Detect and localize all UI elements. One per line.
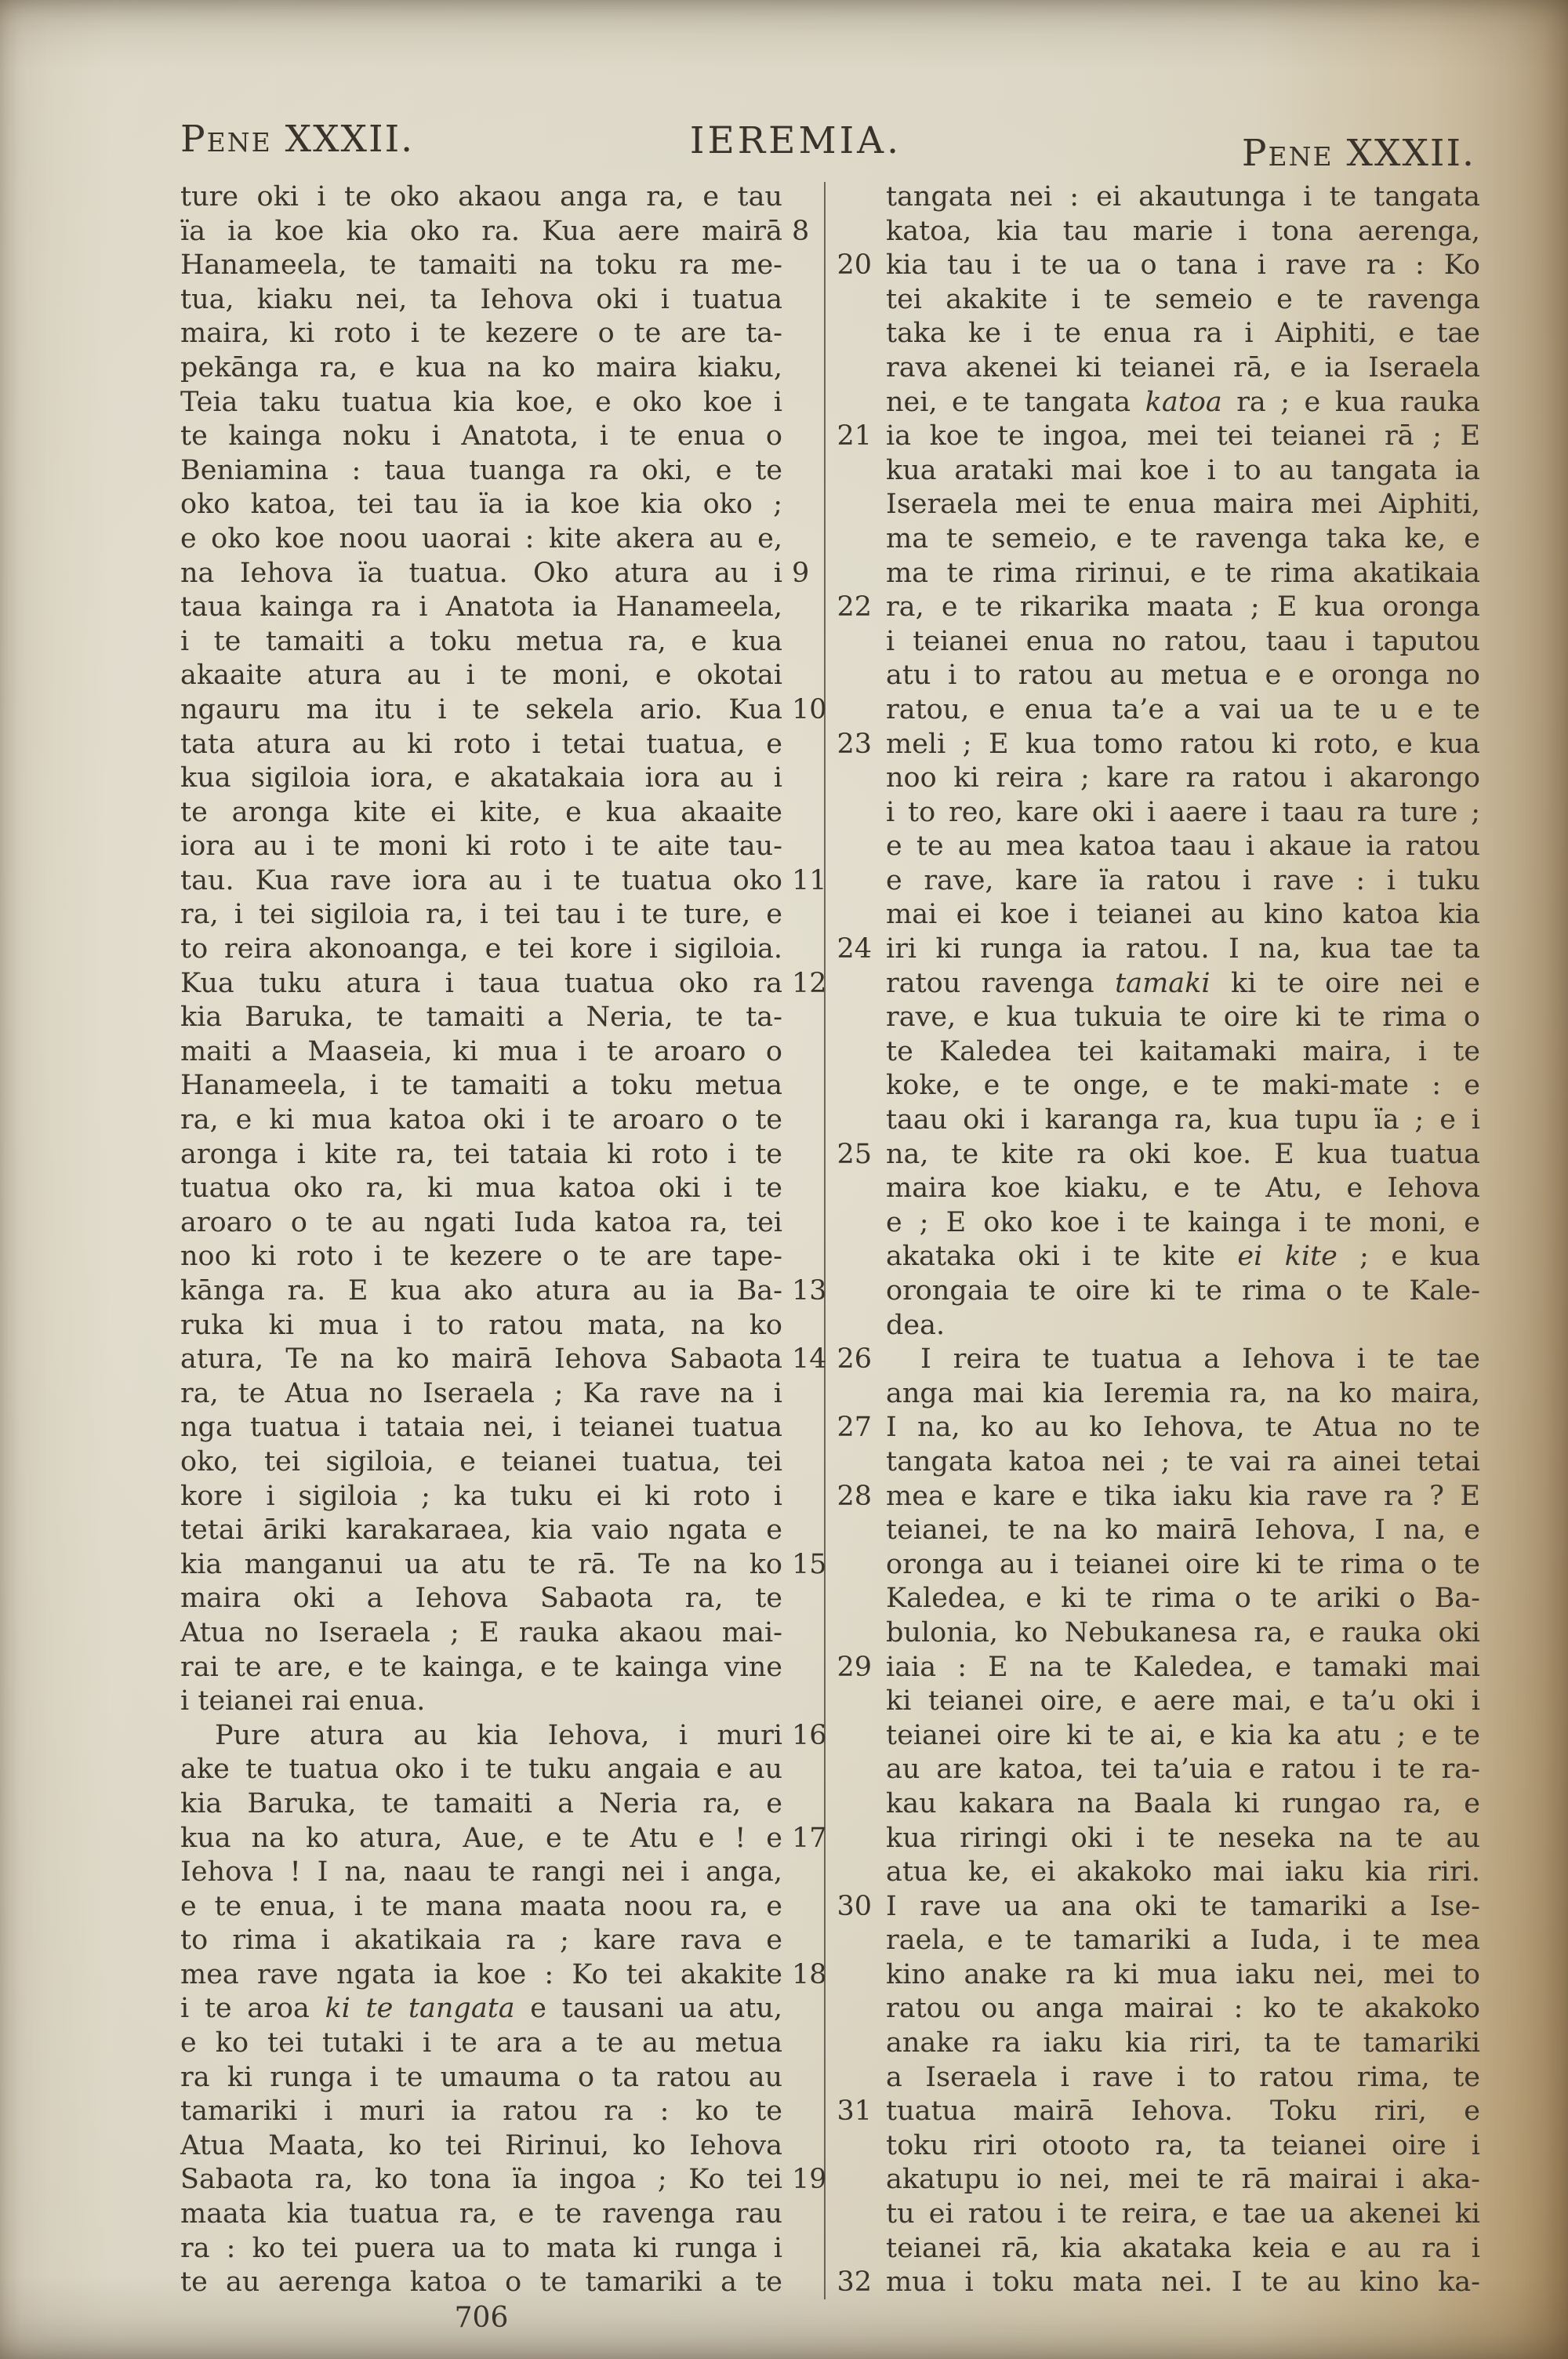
verse-number: 28 xyxy=(837,1480,872,1514)
line-text: kau kakara na Baala ki rungao ra, e xyxy=(886,1788,1480,1819)
text-line: Hanameela, te tamaiti na toku ra me- xyxy=(180,249,782,283)
line-text: ra, te Atua no Iseraela ; Ka rave na i xyxy=(180,1378,782,1409)
line-text: ia koe te ingoa, mei tei teianei rā ; E xyxy=(886,420,1480,452)
text-line: iora au i te moni ki roto i te aite tau- xyxy=(180,830,782,864)
text-line: pekānga ra, e kua na ko maira kiaku, xyxy=(180,351,782,386)
book-page: Pene XXXII. IEREMIA. Pene XXXII. ture ok… xyxy=(0,0,1568,2359)
line-text: tua, kiaku nei, ta Iehova oki i tuatua xyxy=(180,284,782,315)
line-text: maira, ki roto i te kezere o te are ta- xyxy=(180,318,782,349)
text-line: maata kia tuatua ra, e te ravenga rau xyxy=(180,2197,782,2232)
line-text: Iseraela mei te enua maira mei Aiphiti, xyxy=(886,489,1480,520)
line-text: to reira akonoanga, e tei kore i sigiloi… xyxy=(180,933,782,965)
line-text: taka ke i te enua ra i Aiphiti, e tae xyxy=(886,318,1480,349)
text-line: 28mea e kare e tika iaku kia rave ra ? E xyxy=(886,1480,1480,1514)
line-text: Hanameela, i te tamaiti a toku metua xyxy=(180,1070,782,1101)
text-line: aroaro o te au ngati Iuda katoa ra, tei xyxy=(180,1206,782,1241)
text-line: te aronga kite ei kite, e kua akaaite xyxy=(180,796,782,831)
line-text: iri ki runga ia ratou. I na, kua tae ta xyxy=(886,933,1480,965)
line-text: atu i to ratou au metua e e oronga no xyxy=(886,660,1480,691)
text-line: to rima i akatikaia ra ; kare rava e xyxy=(180,1924,782,1958)
line-text: i teianei rai enua. xyxy=(180,1685,425,1717)
text-line: 16Pure atura au kia Iehova, i muri xyxy=(180,1719,782,1754)
line-text: tei akakite i te semeio e te ravenga xyxy=(886,284,1480,315)
text-line: Iseraela mei te enua maira mei Aiphiti, xyxy=(886,488,1480,522)
line-text: ra, i tei sigiloia ra, i tei tau i te tu… xyxy=(180,899,782,930)
line-text: taua kainga ra i Anatota ia Hanameela, xyxy=(180,591,782,623)
text-line: tetai āriki karakaraea, kia vaio ngata e xyxy=(180,1514,782,1548)
text-line: ake te tuatua oko i te tuku angaia e au xyxy=(180,1753,782,1787)
line-text: I rave ua ana oki te tamariki a Ise- xyxy=(886,1891,1480,1922)
text-line: Beniamina : taua tuanga ra oki, e te xyxy=(180,454,782,489)
line-text: orongaia te oire ki te rima o te Kale- xyxy=(886,1275,1480,1307)
line-text: pekānga ra, e kua na ko maira kiaku, xyxy=(180,352,782,383)
line-text: anga mai kia Ieremia ra, na ko maira, xyxy=(886,1378,1480,1409)
text-line: 18mea rave ngata ia koe : Ko tei akakite xyxy=(180,1958,782,1993)
verse-number: 23 xyxy=(837,728,872,762)
text-line: atua ke, ei akakoko mai iaku kia riri. xyxy=(886,1856,1480,1890)
text-line: e ko tei tutaki i te ara a te au metua xyxy=(180,2026,782,2061)
line-text: te Kaledea tei kaitamaki maira, i te xyxy=(886,1036,1480,1067)
line-text: maiti a Maaseia, ki mua i te aroaro o xyxy=(180,1036,782,1067)
line-text: ture oki i te oko akaou anga ra, e tau xyxy=(180,181,782,213)
text-line: 29iaia : E na te Kaledea, e tamaki mai xyxy=(886,1651,1480,1685)
line-text: e te au mea katoa taau i akaue ia ratou xyxy=(886,831,1480,862)
verse-number: 16 xyxy=(792,1719,827,1754)
line-text: e rave, kare ïa ratou i rave : i tuku xyxy=(886,865,1480,896)
text-line: i teianei enua no ratou, taau i taputou xyxy=(886,625,1480,660)
verse-number: 15 xyxy=(792,1548,827,1583)
line-text: teianei rā, kia akataka keia e au ra i xyxy=(886,2233,1480,2264)
text-line: oko, tei sigiloia, e teianei tuatua, tei xyxy=(180,1445,782,1480)
text-line: Kaledea, e ki te rima o te ariki o Ba- xyxy=(886,1582,1480,1616)
line-text: te aronga kite ei kite, e kua akaaite xyxy=(180,797,782,828)
line-text: nei, e te tangata katoa ra ; e kua rauka xyxy=(886,387,1480,418)
line-text: I reira te tuatua a Iehova i te tae xyxy=(886,1343,1480,1375)
running-head-chapter-left: Pene XXXII. xyxy=(180,118,414,161)
text-line: i teianei rai enua. xyxy=(180,1685,782,1719)
line-text: Kua tuku atura i taua tuatua oko ra xyxy=(180,968,782,999)
text-line: ma te semeio, e te ravenga taka ke, e xyxy=(886,522,1480,557)
text-line: 27I na, ko au ko Iehova, te Atua no te xyxy=(886,1411,1480,1445)
text-line: tuatua oko ra, ki mua katoa oki i te xyxy=(180,1172,782,1206)
line-text: Sabaota ra, ko tona ïa ingoa ; Ko tei xyxy=(180,2164,782,2195)
line-text: kua riringi oki i te neseka na te au xyxy=(886,1823,1480,1854)
text-line: te kainga noku i Anatota, i te enua o xyxy=(180,420,782,454)
line-text: I na, ko au ko Iehova, te Atua no te xyxy=(886,1412,1480,1443)
line-text: ngauru ma itu i te sekela ario. Kua xyxy=(180,694,782,725)
line-text: ratou, e enua ta’e a vai ua te u e te xyxy=(886,694,1480,725)
line-text: katoa, kia tau marie i tona aerenga, xyxy=(886,216,1480,247)
text-line: Atua no Iseraela ; E rauka akaou mai- xyxy=(180,1616,782,1651)
line-text: ra, e ki mua katoa oki i te aroaro o te xyxy=(180,1104,782,1136)
line-text: kua na ko atura, Aue, e te Atu e ! e xyxy=(180,1823,782,1854)
text-line: ratou, e enua ta’e a vai ua te u e te xyxy=(886,693,1480,728)
line-text: noo ki reira ; kare ra ratou i akarongo xyxy=(886,762,1480,794)
text-line: e ; E oko koe i te kainga i te moni, e xyxy=(886,1206,1480,1241)
text-line: taua kainga ra i Anatota ia Hanameela, xyxy=(180,591,782,625)
text-line: mai ei koe i teianei au kino katoa kia xyxy=(886,898,1480,932)
text-line: anake ra iaku kia riri, ta te tamariki xyxy=(886,2026,1480,2061)
text-line: Iehova ! I na, naau te rangi nei i anga, xyxy=(180,1856,782,1890)
line-text: ra, e te rikarika maata ; E kua oronga xyxy=(886,591,1480,623)
text-line: i te aroa ki te tangata e tausani ua atu… xyxy=(180,1992,782,2026)
running-head-chapter-right: Pene XXXII. xyxy=(1242,132,1475,175)
line-text: ki teianei oire, e aere mai, e ta’u oki … xyxy=(886,1685,1480,1717)
line-text: maira oki a Iehova Sabaota ra, te xyxy=(180,1583,782,1614)
line-text: ma te semeio, e te ravenga taka ke, e xyxy=(886,523,1480,554)
line-text: mea rave ngata ia koe : Ko tei akakite xyxy=(180,1959,782,1990)
text-line: noo ki roto i te kezere o te are tape- xyxy=(180,1240,782,1274)
line-text: bulonia, ko Nebukanesa ra, e rauka oki xyxy=(886,1617,1480,1648)
line-text: i te tamaiti a toku metua ra, e kua xyxy=(180,626,782,657)
text-line: 12Kua tuku atura i taua tuatua oko ra xyxy=(180,967,782,1001)
verse-number: 9 xyxy=(792,557,809,591)
line-text: kia tau i te ua o tana i rave ra : Ko xyxy=(886,249,1480,281)
text-line: te Kaledea tei kaitamaki maira, i te xyxy=(886,1035,1480,1070)
text-line: kore i sigiloia ; ka tuku ei ki roto i xyxy=(180,1480,782,1514)
text-line: teianei rā, kia akataka keia e au ra i xyxy=(886,2232,1480,2266)
text-line: raela, e te tamariki a Iuda, i te mea xyxy=(886,1924,1480,1958)
line-text: e ko tei tutaki i te ara a te au metua xyxy=(180,2027,782,2059)
text-line: noo ki reira ; kare ra ratou i akarongo xyxy=(886,761,1480,796)
text-line: 23meli ; E kua tomo ratou ki roto, e kua xyxy=(886,728,1480,762)
line-text: oko, tei sigiloia, e teianei tuatua, tei xyxy=(180,1446,782,1478)
line-text: maira koe kiaku, e te Atu, e Iehova xyxy=(886,1172,1480,1204)
line-text: tau. Kua rave iora au i te tuatua oko xyxy=(180,865,782,896)
line-text: maata kia tuatua ra, e te ravenga rau xyxy=(180,2198,782,2230)
text-line: ma te rima ririnui, e te rima akatikaia xyxy=(886,557,1480,591)
text-line: aronga i kite ra, tei tataia ki roto i t… xyxy=(180,1138,782,1172)
text-column-right: tangata nei : ei akautunga i te tangatak… xyxy=(886,180,1480,2300)
text-line: 15kia manganui ua atu te rā. Te na ko xyxy=(180,1548,782,1583)
text-line: 31tuatua mairā Iehova. Toku riri, e xyxy=(886,2095,1480,2129)
line-text: Teia taku tuatua kia koe, e oko koe i xyxy=(180,387,782,418)
verse-number: 27 xyxy=(837,1411,872,1445)
line-text: e ; E oko koe i te kainga i te moni, e xyxy=(886,1207,1480,1238)
verse-number: 30 xyxy=(837,1890,872,1925)
line-text: anake ra iaku kia riri, ta te tamariki xyxy=(886,2027,1480,2059)
verse-number: 12 xyxy=(792,967,827,1001)
line-text: rava akenei ki teianei rā, e ia Iseraela xyxy=(886,352,1480,383)
line-text: ruka ki mua i to ratou mata, na ko xyxy=(180,1310,782,1341)
line-text: noo ki roto i te kezere o te are tape- xyxy=(180,1241,782,1272)
text-line: ture oki i te oko akaou anga ra, e tau xyxy=(180,180,782,215)
text-line: 25na, te kite ra oki koe. E kua tuatua xyxy=(886,1138,1480,1172)
text-line: Hanameela, i te tamaiti a toku metua xyxy=(180,1069,782,1103)
text-line: 21ia koe te ingoa, mei tei teianei rā ; … xyxy=(886,420,1480,454)
verse-number: 17 xyxy=(792,1822,827,1856)
line-text: kua arataki mai koe i to au tangata ia xyxy=(886,455,1480,486)
text-line: maiti a Maaseia, ki mua i te aroaro o xyxy=(180,1035,782,1070)
verse-number: 20 xyxy=(837,249,872,283)
text-line: atu i to ratou au metua e e oronga no xyxy=(886,659,1480,693)
line-text: Iehova ! I na, naau te rangi nei i anga, xyxy=(180,1856,782,1888)
line-text: ratou ou anga mairai : ko te akakoko xyxy=(886,1993,1480,2024)
text-line: taau oki i karanga ra, kua tupu ïa ; e i xyxy=(886,1103,1480,1138)
line-text: rave, e kua tukuia te oire ki te rima o xyxy=(886,1001,1480,1033)
text-line: 10ngauru ma itu i te sekela ario. Kua xyxy=(180,693,782,728)
line-text: tetai āriki karakaraea, kia vaio ngata e xyxy=(180,1514,782,1546)
line-text: nga tuatua i tataia nei, i teianei tuatu… xyxy=(180,1412,782,1443)
text-line: oko katoa, tei tau ïa ia koe kia oko ; xyxy=(180,488,782,522)
line-text: tuatua oko ra, ki mua katoa oki i te xyxy=(180,1172,782,1204)
line-text: koke, e te onge, e te maki-mate : e xyxy=(886,1070,1480,1101)
text-line: kino anake ra ki mua iaku nei, mei to xyxy=(886,1958,1480,1993)
text-line: i to reo, kare oki i aaere i taau ra tur… xyxy=(886,796,1480,831)
line-text: atura, Te na ko mairā Iehova Sabaota xyxy=(180,1343,782,1375)
line-text: toku riri otooto ra, ta teianei oire i xyxy=(886,2130,1480,2161)
text-line: 11tau. Kua rave iora au i te tuatua oko xyxy=(180,864,782,899)
text-line: e te enua, i te mana maata noou ra, e xyxy=(180,1890,782,1925)
text-line: 26I reira te tuatua a Iehova i te tae xyxy=(886,1343,1480,1377)
line-text: akaaite atura au i te moni, e okotai xyxy=(180,660,782,691)
text-line: ra, e ki mua katoa oki i te aroaro o te xyxy=(180,1103,782,1138)
text-line: katoa, kia tau marie i tona aerenga, xyxy=(886,215,1480,249)
line-text: akatupu io nei, mei te rā mairai i aka- xyxy=(886,2164,1480,2195)
text-line: ratou ravenga tamaki ki te oire nei e xyxy=(886,967,1480,1001)
text-line: 32mua i toku mata nei. I te au kino ka- xyxy=(886,2266,1480,2300)
text-line: Teia taku tuatua kia koe, e oko koe i xyxy=(180,386,782,420)
line-text: tamariki i muri ia ratou ra : ko te xyxy=(180,2095,782,2127)
line-text: te au aerenga katoa o te tamariki a te xyxy=(180,2266,782,2298)
line-text: teianei oire ki te ai, e kia ka atu ; e … xyxy=(886,1720,1480,1751)
text-line: tata atura au ki roto i tetai tuatua, e xyxy=(180,728,782,762)
text-line: tamariki i muri ia ratou ra : ko te xyxy=(180,2095,782,2129)
verse-number: 19 xyxy=(792,2163,827,2197)
line-text: ra ki runga i te umauma o ta ratou au xyxy=(180,2062,782,2093)
line-text: tata atura au ki roto i tetai tuatua, e xyxy=(180,729,782,760)
text-line: e oko koe noou uaorai : kite akera au e, xyxy=(180,522,782,557)
text-line: kau kakara na Baala ki rungao ra, e xyxy=(886,1787,1480,1822)
line-text: rai te are, e te kainga, e te kainga vin… xyxy=(180,1652,782,1683)
text-line: ra ki runga i te umauma o ta ratou au xyxy=(180,2061,782,2095)
page-number: 706 xyxy=(180,2301,782,2335)
text-line: tei akakite i te semeio e te ravenga xyxy=(886,283,1480,318)
text-line: Atua Maata, ko tei Ririnui, ko Iehova xyxy=(180,2129,782,2164)
text-line: ra, te Atua no Iseraela ; Ka rave na i xyxy=(180,1377,782,1412)
verse-number: 24 xyxy=(837,932,872,967)
text-line: te au aerenga katoa o te tamariki a te xyxy=(180,2266,782,2300)
text-line: tangata katoa nei ; te vai ra ainei teta… xyxy=(886,1445,1480,1480)
line-text: mua i toku mata nei. I te au kino ka- xyxy=(886,2266,1480,2298)
verse-number: 8 xyxy=(792,215,809,249)
text-line: kia Baruka, te tamaiti a Neria, te ta- xyxy=(180,1001,782,1035)
text-line: 20kia tau i te ua o tana i rave ra : Ko xyxy=(886,249,1480,283)
line-text: aroaro o te au ngati Iuda katoa ra, tei xyxy=(180,1207,782,1238)
line-text: na, te kite ra oki koe. E kua tuatua xyxy=(886,1139,1480,1170)
text-line: rai te are, e te kainga, e te kainga vin… xyxy=(180,1651,782,1685)
text-line: tangata nei : ei akautunga i te tangata xyxy=(886,180,1480,215)
line-text: dea. xyxy=(886,1310,945,1341)
line-text: akataka oki i te kite ei kite ; e kua xyxy=(886,1241,1480,1272)
line-text: oronga au i teianei oire ki te rima o te xyxy=(886,1549,1480,1580)
verse-number: 13 xyxy=(792,1274,827,1309)
line-text: raela, e te tamariki a Iuda, i te mea xyxy=(886,1925,1480,1956)
text-line: i te tamaiti a toku metua ra, e kua xyxy=(180,625,782,660)
line-text: ake te tuatua oko i te tuku angaia e au xyxy=(180,1754,782,1785)
line-text: te kainga noku i Anatota, i te enua o xyxy=(180,420,782,452)
text-line: au are katoa, tei ta’uia e ratou i te ra… xyxy=(886,1753,1480,1787)
verse-number: 21 xyxy=(837,420,872,454)
text-line: taka ke i te enua ra i Aiphiti, e tae xyxy=(886,317,1480,351)
verse-number: 25 xyxy=(837,1138,872,1172)
verse-number: 14 xyxy=(792,1343,827,1377)
line-text: meli ; E kua tomo ratou ki roto, e kua xyxy=(886,729,1480,760)
line-text: tuatua mairā Iehova. Toku riri, e xyxy=(886,2095,1480,2127)
verse-number: 32 xyxy=(837,2266,872,2300)
text-line: akatupu io nei, mei te rā mairai i aka- xyxy=(886,2163,1480,2197)
text-line: nga tuatua i tataia nei, i teianei tuatu… xyxy=(180,1411,782,1445)
verse-number: 31 xyxy=(837,2095,872,2129)
line-text: kino anake ra ki mua iaku nei, mei to xyxy=(886,1959,1480,1990)
verse-number: 11 xyxy=(792,864,827,899)
column-divider-rule xyxy=(824,182,826,2299)
text-line: akataka oki i te kite ei kite ; e kua xyxy=(886,1240,1480,1274)
line-text: Hanameela, te tamaiti na toku ra me- xyxy=(180,249,782,281)
text-line: 14atura, Te na ko mairā Iehova Sabaota xyxy=(180,1343,782,1377)
verse-number: 26 xyxy=(837,1343,872,1377)
text-line: tua, kiaku nei, ta Iehova oki i tuatua xyxy=(180,283,782,318)
line-text: Kaledea, e ki te rima o te ariki o Ba- xyxy=(886,1583,1480,1614)
text-line: dea. xyxy=(886,1309,1480,1343)
line-text: ratou ravenga tamaki ki te oire nei e xyxy=(886,968,1480,999)
line-text: iora au i te moni ki roto i te aite tau- xyxy=(180,831,782,862)
line-text: ïa ia koe kia oko ra. Kua aere mairā xyxy=(180,216,782,247)
line-text: e te enua, i te mana maata noou ra, e xyxy=(180,1891,782,1922)
line-text: kānga ra. E kua ako atura au ia Ba- xyxy=(180,1275,782,1307)
text-line: ratou ou anga mairai : ko te akakoko xyxy=(886,1992,1480,2026)
line-text: to rima i akatikaia ra ; kare rava e xyxy=(180,1925,782,1956)
text-line: akaaite atura au i te moni, e okotai xyxy=(180,659,782,693)
text-line: ki teianei oire, e aere mai, e ta’u oki … xyxy=(886,1685,1480,1719)
line-text: i te aroa ki te tangata e tausani ua atu… xyxy=(180,1993,782,2024)
text-line: 8ïa ia koe kia oko ra. Kua aere mairā xyxy=(180,215,782,249)
text-line: maira koe kiaku, e te Atu, e Iehova xyxy=(886,1172,1480,1206)
verse-number: 10 xyxy=(792,693,827,728)
line-text: au are katoa, tei ta’uia e ratou i te ra… xyxy=(886,1754,1480,1785)
text-line: kia Baruka, te tamaiti a Neria ra, e xyxy=(180,1787,782,1822)
text-line: bulonia, ko Nebukanesa ra, e rauka oki xyxy=(886,1616,1480,1651)
line-text: atua ke, ei akakoko mai iaku kia riri. xyxy=(886,1856,1480,1888)
line-text: kia Baruka, te tamaiti a Neria, te ta- xyxy=(180,1001,782,1033)
text-line: maira oki a Iehova Sabaota ra, te xyxy=(180,1582,782,1616)
text-line: to reira akonoanga, e tei kore i sigiloi… xyxy=(180,932,782,967)
line-text: kia manganui ua atu te rā. Te na ko xyxy=(180,1549,782,1580)
text-line: nei, e te tangata katoa ra ; e kua rauka xyxy=(886,386,1480,420)
text-line: koke, e te onge, e te maki-mate : e xyxy=(886,1069,1480,1103)
text-line: rava akenei ki teianei rā, e ia Iseraela xyxy=(886,351,1480,386)
text-line: rave, e kua tukuia te oire ki te rima o xyxy=(886,1001,1480,1035)
text-line: 19Sabaota ra, ko tona ïa ingoa ; Ko tei xyxy=(180,2163,782,2197)
text-line: ra, i tei sigiloia ra, i tei tau i te tu… xyxy=(180,898,782,932)
line-text: taau oki i karanga ra, kua tupu ïa ; e i xyxy=(886,1104,1480,1136)
line-text: ma te rima ririnui, e te rima akatikaia xyxy=(886,558,1480,589)
text-line: kua arataki mai koe i to au tangata ia xyxy=(886,454,1480,489)
text-line: e te au mea katoa taau i akaue ia ratou xyxy=(886,830,1480,864)
line-text: Atua no Iseraela ; E rauka akaou mai- xyxy=(180,1617,782,1648)
running-head-book-title: IEREMIA. xyxy=(690,119,902,162)
text-line: orongaia te oire ki te rima o te Kale- xyxy=(886,1274,1480,1309)
line-text: a Iseraela i rave i to ratou rima, te xyxy=(886,2062,1480,2093)
line-text: i to reo, kare oki i aaere i taau ra tur… xyxy=(886,797,1480,828)
verse-number: 22 xyxy=(837,591,872,625)
line-text: na Iehova ïa tuatua. Oko atura au i xyxy=(180,558,782,589)
text-line: tu ei ratou i te reira, e tae ua akenei … xyxy=(886,2197,1480,2232)
text-line: 22ra, e te rikarika maata ; E kua oronga xyxy=(886,591,1480,625)
text-line: a Iseraela i rave i to ratou rima, te xyxy=(886,2061,1480,2095)
line-text: aronga i kite ra, tei tataia ki roto i t… xyxy=(180,1139,782,1170)
line-text: Beniamina : taua tuanga ra oki, e te xyxy=(180,455,782,486)
text-line: teianei, te na ko mairā Iehova, I na, e xyxy=(886,1514,1480,1548)
text-line: ra : ko tei puera ua to mata ki runga i xyxy=(180,2232,782,2266)
line-text: e oko koe noou uaorai : kite akera au e, xyxy=(180,523,782,554)
text-line: 17kua na ko atura, Aue, e te Atu e ! e xyxy=(180,1822,782,1856)
text-line: 24iri ki runga ia ratou. I na, kua tae t… xyxy=(886,932,1480,967)
verse-number: 29 xyxy=(837,1651,872,1685)
line-text: Pure atura au kia Iehova, i muri xyxy=(180,1720,782,1751)
text-line: anga mai kia Ieremia ra, na ko maira, xyxy=(886,1377,1480,1412)
line-text: ra : ko tei puera ua to mata ki runga i xyxy=(180,2233,782,2264)
line-text: iaia : E na te Kaledea, e tamaki mai xyxy=(886,1652,1480,1683)
text-line: e rave, kare ïa ratou i rave : i tuku xyxy=(886,864,1480,899)
text-line: kua sigiloia iora, e akatakaia iora au i xyxy=(180,761,782,796)
text-line: ruka ki mua i to ratou mata, na ko xyxy=(180,1309,782,1343)
text-line: 30I rave ua ana oki te tamariki a Ise- xyxy=(886,1890,1480,1925)
text-line: 13kānga ra. E kua ako atura au ia Ba- xyxy=(180,1274,782,1309)
line-text: tangata nei : ei akautunga i te tangata xyxy=(886,181,1480,213)
text-line: kua riringi oki i te neseka na te au xyxy=(886,1822,1480,1856)
verse-number: 18 xyxy=(792,1958,827,1993)
text-line: maira, ki roto i te kezere o te are ta- xyxy=(180,317,782,351)
line-text: kia Baruka, te tamaiti a Neria ra, e xyxy=(180,1788,782,1819)
text-line: 9na Iehova ïa tuatua. Oko atura au i xyxy=(180,557,782,591)
line-text: teianei, te na ko mairā Iehova, I na, e xyxy=(886,1514,1480,1546)
line-text: kua sigiloia iora, e akatakaia iora au i xyxy=(180,762,782,794)
line-text: oko katoa, tei tau ïa ia koe kia oko ; xyxy=(180,489,782,520)
line-text: tu ei ratou i te reira, e tae ua akenei … xyxy=(886,2198,1480,2230)
line-text: mai ei koe i teianei au kino katoa kia xyxy=(886,899,1480,930)
text-column-left: ture oki i te oko akaou anga ra, e tau8ï… xyxy=(180,180,782,2300)
line-text: i teianei enua no ratou, taau i taputou xyxy=(886,626,1480,657)
text-line: toku riri otooto ra, ta teianei oire i xyxy=(886,2129,1480,2164)
text-line: teianei oire ki te ai, e kia ka atu ; e … xyxy=(886,1719,1480,1754)
line-text: kore i sigiloia ; ka tuku ei ki roto i xyxy=(180,1481,782,1512)
line-text: Atua Maata, ko tei Ririnui, ko Iehova xyxy=(180,2130,782,2161)
text-line: oronga au i teianei oire ki te rima o te xyxy=(886,1548,1480,1583)
line-text: mea e kare e tika iaku kia rave ra ? E xyxy=(886,1481,1480,1512)
line-text: tangata katoa nei ; te vai ra ainei teta… xyxy=(886,1446,1480,1478)
